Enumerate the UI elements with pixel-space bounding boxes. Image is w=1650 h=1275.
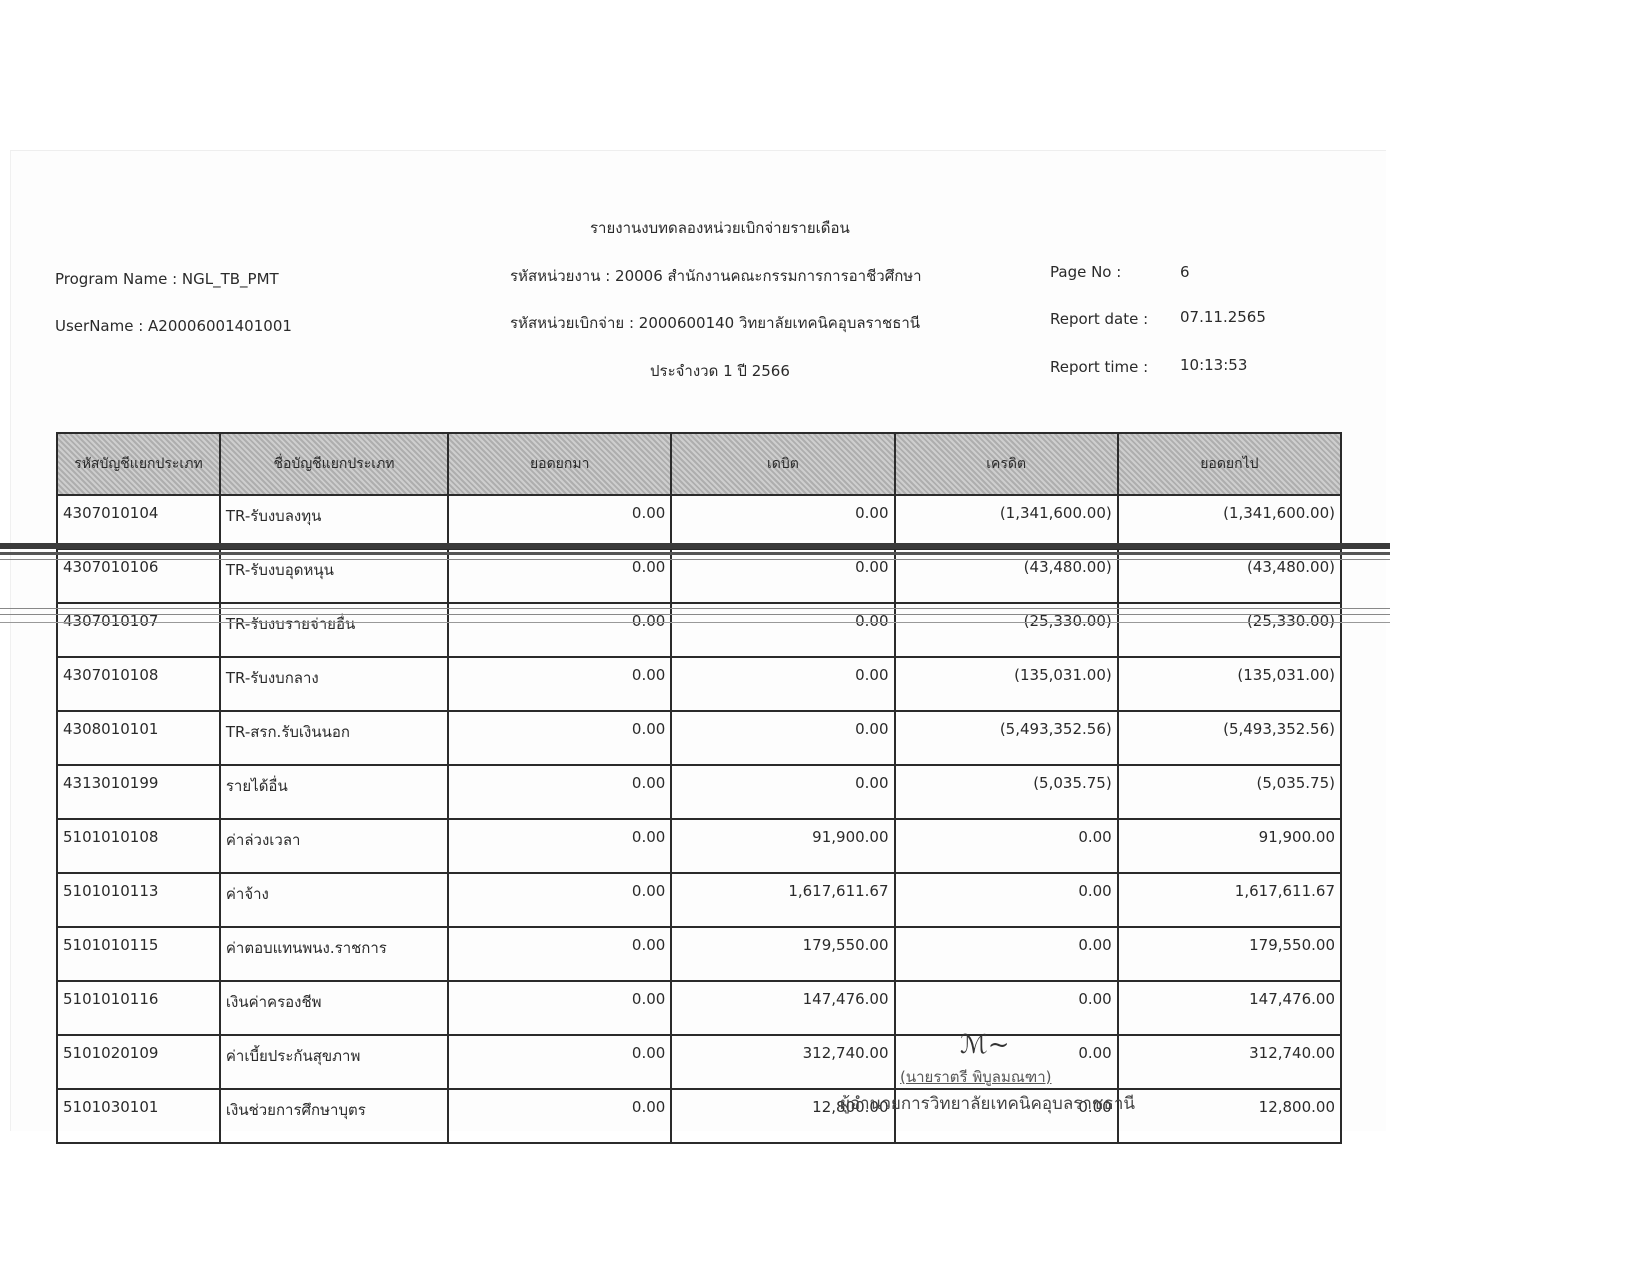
table-row: 4307010107TR-รับงบรายจ่ายอื่น0.000.00(25… (57, 603, 1341, 657)
header-credit: เครดิต (895, 433, 1118, 495)
cell-credit: 0.00 (895, 927, 1118, 981)
table-row: 4313010199รายได้อื่น0.000.00(5,035.75)(5… (57, 765, 1341, 819)
period-line: ประจำงวด 1 ปี 2566 (650, 359, 790, 383)
cell-opening-balance: 0.00 (448, 765, 671, 819)
cell-credit: (5,493,352.56) (895, 711, 1118, 765)
cell-credit: 0.00 (895, 819, 1118, 873)
cell-account-code: 5101030101 (57, 1089, 220, 1143)
cell-account-name: ค่าเบี้ยประกันสุขภาพ (220, 1035, 448, 1089)
cell-closing-balance: (1,341,600.00) (1118, 495, 1341, 549)
cell-opening-balance: 0.00 (448, 711, 671, 765)
cell-closing-balance: 179,550.00 (1118, 927, 1341, 981)
signature-mark: ℳ~ (960, 1030, 1010, 1060)
cell-debit: 91,900.00 (671, 819, 894, 873)
scan-artifact-line (0, 559, 1390, 560)
cell-closing-balance: (5,493,352.56) (1118, 711, 1341, 765)
agency-line: รหัสหน่วยงาน : 20006 สำนักงานคณะกรรมการก… (510, 264, 922, 288)
cell-opening-balance: 0.00 (448, 981, 671, 1035)
cell-debit: 0.00 (671, 765, 894, 819)
cell-debit: 0.00 (671, 549, 894, 603)
cell-opening-balance: 0.00 (448, 495, 671, 549)
page-no: 6 (1180, 263, 1190, 281)
cell-debit: 0.00 (671, 711, 894, 765)
cell-closing-balance: 147,476.00 (1118, 981, 1341, 1035)
cell-credit: 0.00 (895, 873, 1118, 927)
cell-opening-balance: 0.00 (448, 819, 671, 873)
cell-account-code: 5101010113 (57, 873, 220, 927)
cell-debit: 0.00 (671, 657, 894, 711)
scan-artifact-line (0, 552, 1390, 555)
signatory-name: (นายราตรี พิบูลมณฑา) (900, 1065, 1052, 1089)
report-time: 10:13:53 (1180, 356, 1247, 374)
cell-account-name: ค่าจ้าง (220, 873, 448, 927)
cell-debit: 1,617,611.67 (671, 873, 894, 927)
cell-account-code: 4307010106 (57, 549, 220, 603)
scan-artifact-line (0, 608, 1390, 609)
cell-opening-balance: 0.00 (448, 927, 671, 981)
table-row: 4308010101TR-สรก.รับเงินนอก0.000.00(5,49… (57, 711, 1341, 765)
cell-credit: (25,330.00) (895, 603, 1118, 657)
username: UserName : A20006001401001 (55, 317, 292, 335)
cell-account-name: TR-รับงบรายจ่ายอื่น (220, 603, 448, 657)
table-row: 5101010108ค่าล่วงเวลา0.0091,900.000.0091… (57, 819, 1341, 873)
cell-credit: (43,480.00) (895, 549, 1118, 603)
table-row: 5101020109ค่าเบี้ยประกันสุขภาพ0.00312,74… (57, 1035, 1341, 1089)
cell-opening-balance: 0.00 (448, 1089, 671, 1143)
cell-account-code: 5101020109 (57, 1035, 220, 1089)
cell-closing-balance: (135,031.00) (1118, 657, 1341, 711)
cell-account-name: ค่าล่วงเวลา (220, 819, 448, 873)
cell-opening-balance: 0.00 (448, 657, 671, 711)
cell-closing-balance: (25,330.00) (1118, 603, 1341, 657)
cell-account-name: เงินค่าครองชีพ (220, 981, 448, 1035)
cell-closing-balance: (5,035.75) (1118, 765, 1341, 819)
cell-account-name: TR-สรก.รับเงินนอก (220, 711, 448, 765)
table-header-row: รหัสบัญชีแยกประเภท ชื่อบัญชีแยกประเภท ยอ… (57, 433, 1341, 495)
header-debit: เดบิต (671, 433, 894, 495)
cell-account-name: ค่าตอบแทนพนง.ราชการ (220, 927, 448, 981)
cell-credit: (135,031.00) (895, 657, 1118, 711)
report-time-label: Report time : (1050, 358, 1148, 376)
cell-account-code: 4308010101 (57, 711, 220, 765)
cell-debit: 312,740.00 (671, 1035, 894, 1089)
cell-account-code: 5101010115 (57, 927, 220, 981)
cell-debit: 0.00 (671, 495, 894, 549)
table-row: 4307010108TR-รับงบกลาง0.000.00(135,031.0… (57, 657, 1341, 711)
scan-artifact-line (0, 543, 1390, 549)
cell-debit: 147,476.00 (671, 981, 894, 1035)
cell-account-code: 4307010107 (57, 603, 220, 657)
header-account-name: ชื่อบัญชีแยกประเภท (220, 433, 448, 495)
cell-account-code: 5101010108 (57, 819, 220, 873)
cell-opening-balance: 0.00 (448, 873, 671, 927)
disbursing-unit-line: รหัสหน่วยเบิกจ่าย : 2000600140 วิทยาลัยเ… (510, 311, 920, 335)
page-no-label: Page No : (1050, 263, 1121, 281)
cell-closing-balance: 1,617,611.67 (1118, 873, 1341, 927)
report-date: 07.11.2565 (1180, 308, 1266, 326)
scan-artifact-line (0, 614, 1390, 615)
table-row: 4307010106TR-รับงบอุดหนุน0.000.00(43,480… (57, 549, 1341, 603)
cell-opening-balance: 0.00 (448, 1035, 671, 1089)
table-row: 5101010116เงินค่าครองชีพ0.00147,476.000.… (57, 981, 1341, 1035)
header-closing-balance: ยอดยกไป (1118, 433, 1341, 495)
cell-account-name: TR-รับงบลงทุน (220, 495, 448, 549)
table-row: 5101010113ค่าจ้าง0.001,617,611.670.001,6… (57, 873, 1341, 927)
header-account-code: รหัสบัญชีแยกประเภท (57, 433, 220, 495)
cell-account-name: TR-รับงบกลาง (220, 657, 448, 711)
cell-account-name: TR-รับงบอุดหนุน (220, 549, 448, 603)
table-row: 5101010115ค่าตอบแทนพนง.ราชการ0.00179,550… (57, 927, 1341, 981)
scan-artifact-line (0, 622, 1390, 623)
cell-account-code: 4313010199 (57, 765, 220, 819)
report-title: รายงานงบทดลองหน่วยเบิกจ่ายรายเดือน (590, 216, 850, 240)
report-date-label: Report date : (1050, 310, 1148, 328)
cell-debit: 179,550.00 (671, 927, 894, 981)
signatory-title: ผู้อำนวยการวิทยาลัยเทคนิคอุบลราชธานี (840, 1090, 1135, 1117)
cell-credit: (1,341,600.00) (895, 495, 1118, 549)
cell-account-code: 5101010116 (57, 981, 220, 1035)
cell-account-code: 4307010104 (57, 495, 220, 549)
cell-closing-balance: (43,480.00) (1118, 549, 1341, 603)
cell-debit: 0.00 (671, 603, 894, 657)
cell-account-name: เงินช่วยการศึกษาบุตร (220, 1089, 448, 1143)
table-row: 5101030101เงินช่วยการศึกษาบุตร0.0012,800… (57, 1089, 1341, 1143)
cell-closing-balance: 91,900.00 (1118, 819, 1341, 873)
cell-closing-balance: 12,800.00 (1118, 1089, 1341, 1143)
cell-account-name: รายได้อื่น (220, 765, 448, 819)
trial-balance-table: รหัสบัญชีแยกประเภท ชื่อบัญชีแยกประเภท ยอ… (56, 432, 1342, 1144)
program-name: Program Name : NGL_TB_PMT (55, 270, 279, 288)
table-row: 4307010104TR-รับงบลงทุน0.000.00(1,341,60… (57, 495, 1341, 549)
cell-closing-balance: 312,740.00 (1118, 1035, 1341, 1089)
header-opening-balance: ยอดยกมา (448, 433, 671, 495)
cell-credit: (5,035.75) (895, 765, 1118, 819)
cell-account-code: 4307010108 (57, 657, 220, 711)
cell-opening-balance: 0.00 (448, 549, 671, 603)
cell-credit: 0.00 (895, 981, 1118, 1035)
cell-opening-balance: 0.00 (448, 603, 671, 657)
